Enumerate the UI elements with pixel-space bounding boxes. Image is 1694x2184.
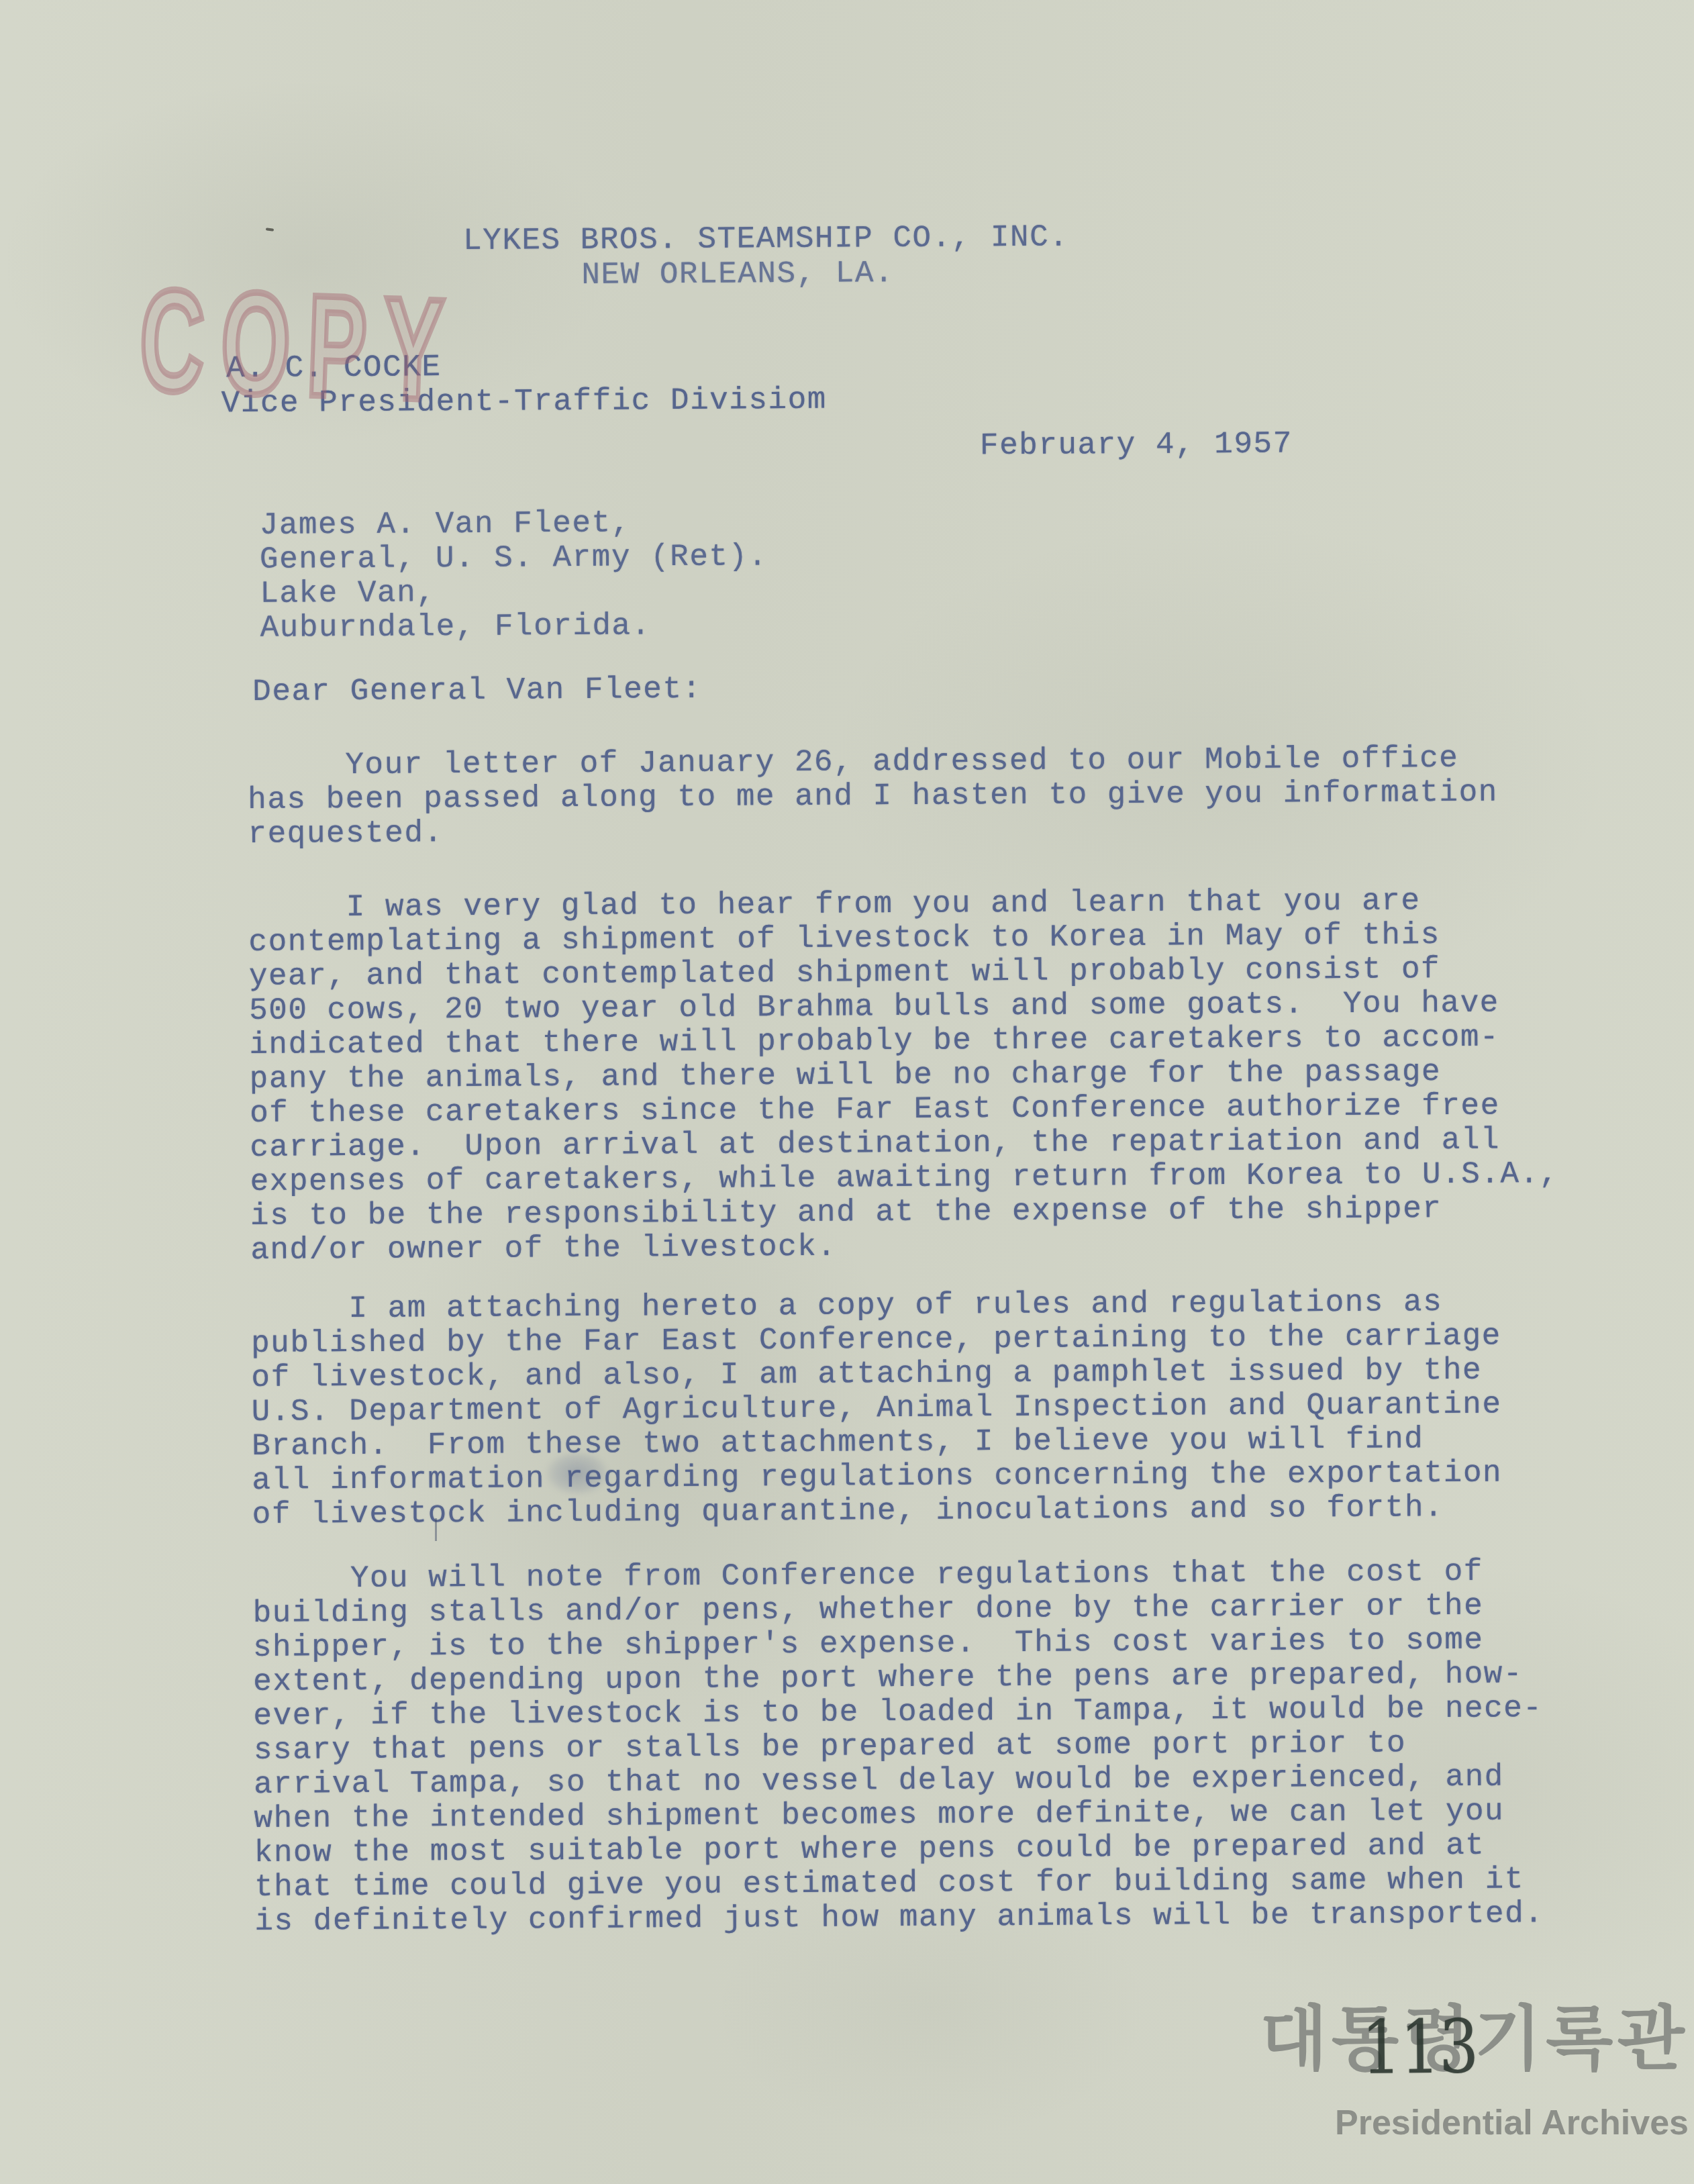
company-city: NEW ORLEANS, LA.	[581, 256, 894, 293]
salutation: Dear General Van Fleet:	[252, 673, 702, 709]
body-paragraph-4: You will note from Conference regulation…	[252, 1554, 1544, 1939]
body-paragraph-2: I was very glad to hear from you and lea…	[248, 883, 1559, 1268]
page-number-stamp: 113	[1361, 2009, 1478, 2085]
copy-stamp: COPY	[137, 267, 462, 423]
body-paragraph-3: I am attaching hereto a copy of rules an…	[251, 1285, 1503, 1532]
ink-smudge	[534, 1443, 621, 1503]
recipient-address: James A. Van Fleet, General, U. S. Army …	[260, 505, 768, 646]
paper-mark-tick	[435, 1518, 437, 1541]
company-name: LYKES BROS. STEAMSHIP CO., INC.	[463, 220, 1069, 258]
letter-date: February 4, 1957	[980, 427, 1293, 463]
letter-page: LYKES BROS. STEAMSHIP CO., INC. NEW ORLE…	[0, 0, 1694, 2184]
body-paragraph-1: Your letter of January 26, addressed to …	[248, 742, 1499, 852]
archive-watermark-english: Presidential Archives	[1335, 2103, 1689, 2142]
